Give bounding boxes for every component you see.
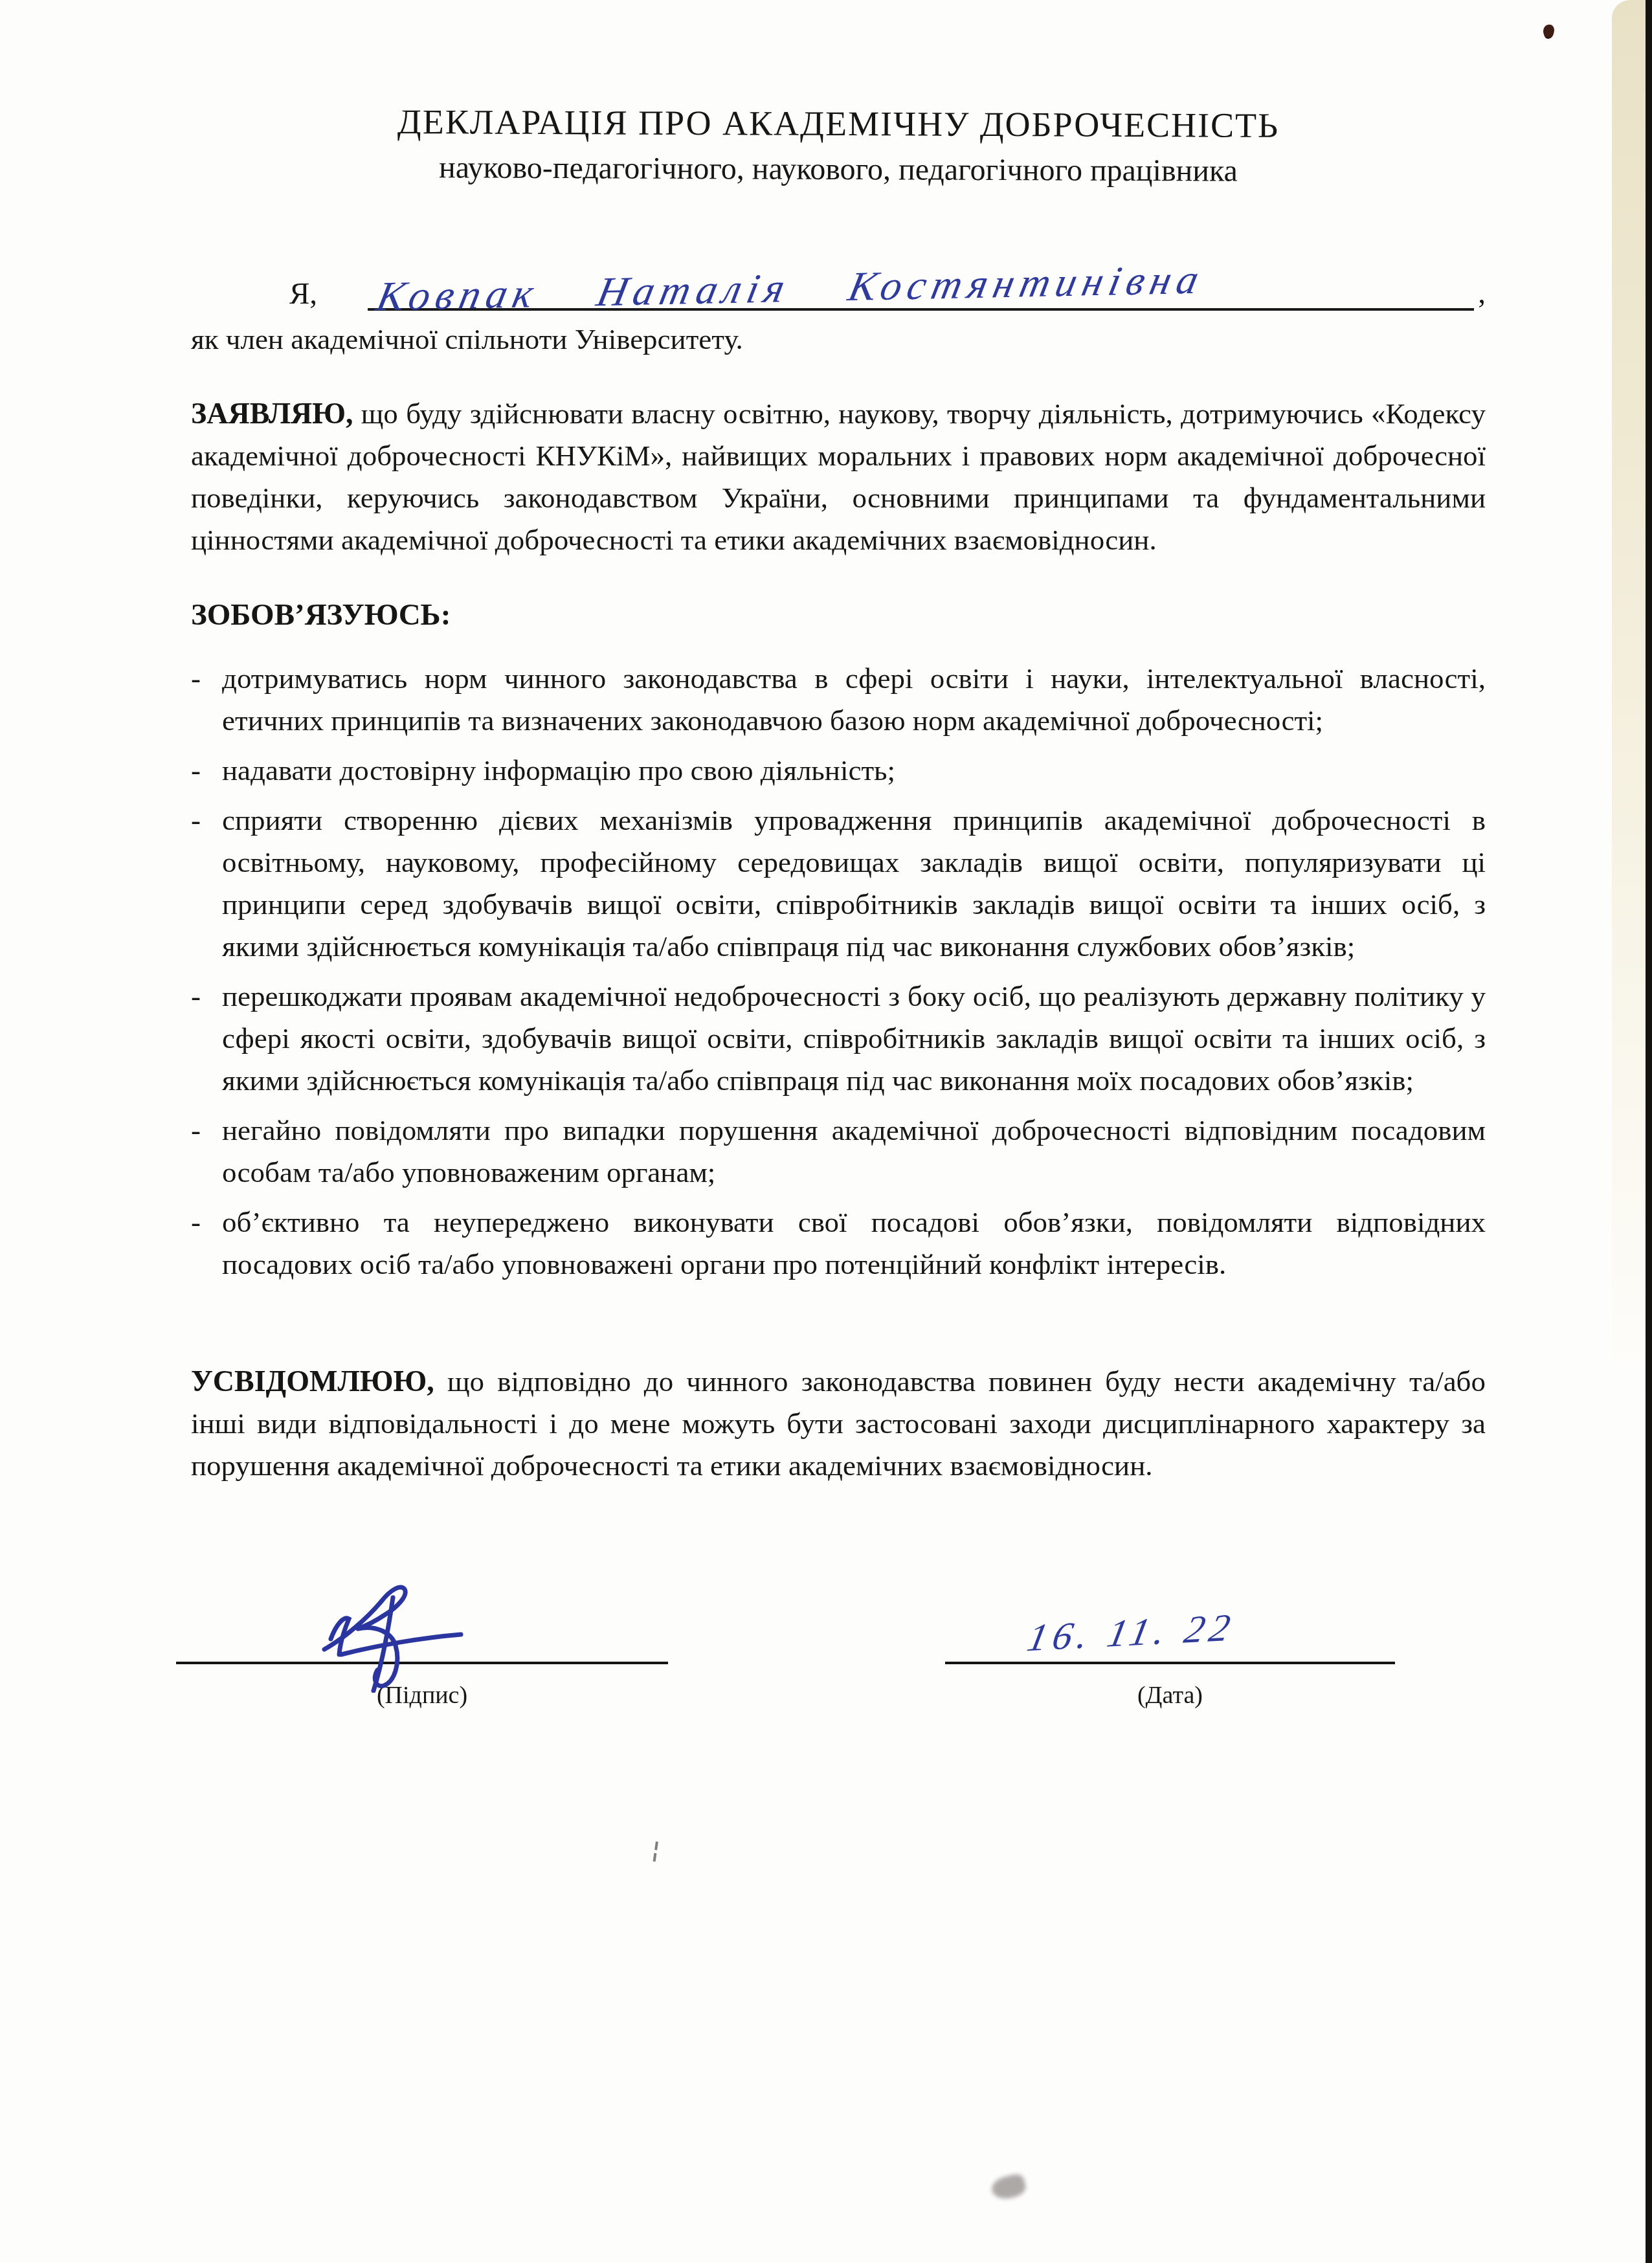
document-title: ДЕКЛАРАЦІЯ ПРО АКАДЕМІЧНУ ДОБРОЧЕСНІСТЬ	[191, 101, 1486, 147]
list-item-text: сприяти створенню дієвих механізмів упро…	[222, 804, 1486, 963]
ink-dot-artifact	[1543, 25, 1554, 38]
list-item: -перешкоджати проявам академічної недобр…	[191, 975, 1486, 1102]
list-item-text: негайно повідомляти про випадки порушенн…	[222, 1114, 1486, 1188]
list-item: -сприяти створенню дієвих механізмів упр…	[191, 799, 1486, 968]
handwritten-signature-scribble	[315, 1579, 467, 1693]
document-subtitle: науково-педагогічного, наукового, педаго…	[191, 149, 1486, 191]
list-item-dash: -	[191, 1109, 201, 1152]
date-caption: (Дата)	[945, 1681, 1395, 1710]
scanned-declaration-page: ДЕКЛАРАЦІЯ ПРО АКАДЕМІЧНУ ДОБРОЧЕСНІСТЬ …	[0, 0, 1652, 2263]
signature-line	[176, 1602, 668, 1664]
declare-body: що буду здійснювати власну освітню, наук…	[191, 397, 1486, 556]
list-item-text: перешкоджати проявам академічної недобро…	[222, 980, 1486, 1097]
list-item-dash: -	[191, 799, 201, 842]
list-item-dash: -	[191, 658, 201, 700]
list-item: -об’єктивно та неупереджено виконувати с…	[191, 1201, 1486, 1286]
list-item-text: надавати достовірну інформацію про свою …	[222, 754, 895, 786]
member-line: як член академічної спільноти Університе…	[191, 320, 1486, 359]
scan-edge-shadow	[1646, 0, 1652, 2263]
list-item: -негайно повідомляти про випадки порушен…	[191, 1109, 1486, 1194]
document-content: ДЕКЛАРАЦІЯ ПРО АКАДЕМІЧНУ ДОБРОЧЕСНІСТЬ …	[191, 104, 1486, 1710]
signature-column: (Підпис)	[176, 1602, 668, 1710]
signature-row: (Підпис) 16. 11. 22 (Дата)	[176, 1602, 1486, 1710]
name-fill-line: Ковпак Наталія Костянтинівна	[368, 236, 1474, 311]
list-item: -дотримуватись норм чинного законодавств…	[191, 658, 1486, 742]
declare-paragraph: ЗАЯВЛЯЮ, що буду здійснювати власну осві…	[191, 392, 1486, 561]
acknowledge-lead: УСВІДОМЛЮЮ,	[191, 1365, 434, 1398]
declare-lead: ЗАЯВЛЯЮ,	[191, 397, 353, 430]
trailing-comma: ,	[1478, 276, 1486, 311]
name-entry-row: Я, Ковпак Наталія Костянтинівна ,	[191, 238, 1486, 311]
date-line: 16. 11. 22	[945, 1602, 1395, 1664]
commitments-heading: ЗОБОВ’ЯЗУЮСЬ:	[191, 597, 1486, 633]
smudge-artifact	[989, 2172, 1027, 2202]
list-item-dash: -	[191, 975, 201, 1018]
commitments-list: -дотримуватись норм чинного законодавств…	[191, 658, 1486, 1286]
list-item-dash: -	[191, 1201, 201, 1243]
list-item: -надавати достовірну інформацію про свою…	[191, 750, 1486, 792]
scan-paper-edge	[1612, 0, 1646, 2263]
list-item-dash: -	[191, 750, 201, 792]
handwritten-date: 16. 11. 22	[1023, 1605, 1239, 1660]
list-item-text: дотримуватись норм чинного законодавства…	[222, 662, 1486, 737]
date-column: 16. 11. 22 (Дата)	[945, 1602, 1395, 1710]
pronoun-label: Я,	[289, 277, 317, 311]
list-item-text: об’єктивно та неупереджено виконувати св…	[222, 1206, 1486, 1280]
acknowledge-paragraph: УСВІДОМЛЮЮ, що відповідно до чинного зак…	[191, 1360, 1486, 1487]
tick-mark-artifact	[654, 1842, 658, 1850]
handwritten-name: Ковпак Наталія Костянтинівна	[372, 256, 1209, 321]
